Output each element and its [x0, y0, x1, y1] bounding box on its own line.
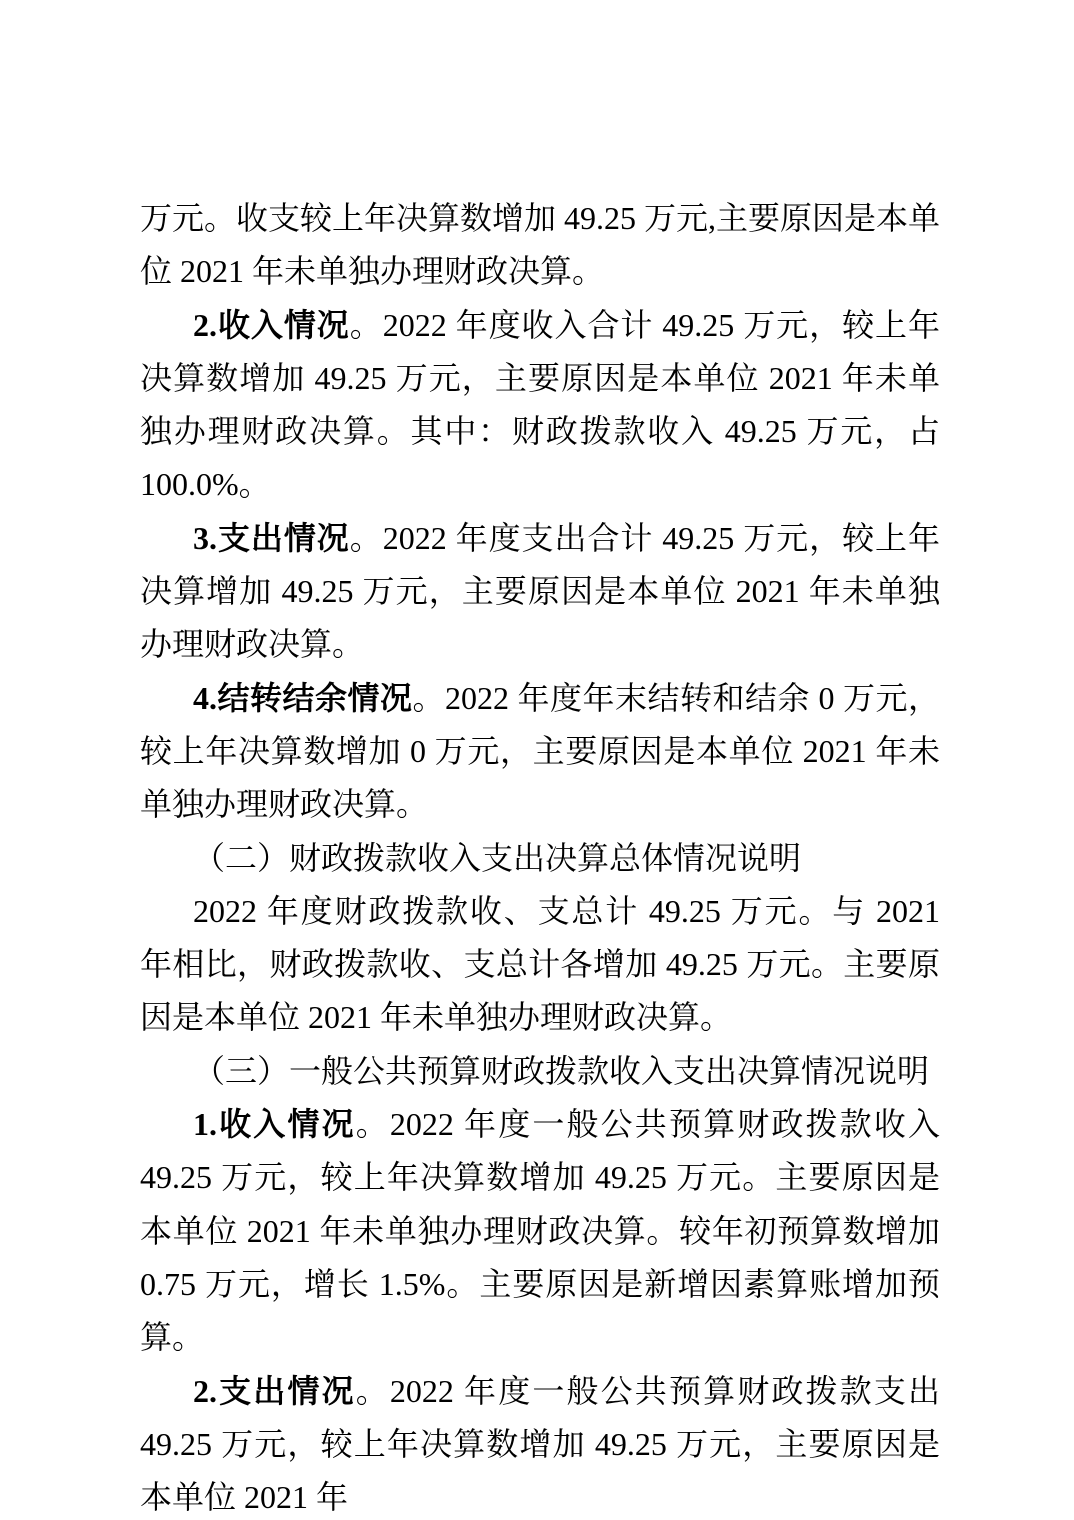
document-body: 万元。收支较上年决算数增加 49.25 万元,主要原因是本单位 2021 年未单… [140, 192, 940, 1520]
section-heading: （三）一般公共预算财政拨款收入支出决算情况说明 [140, 1045, 940, 1098]
paragraph: 万元。收支较上年决算数增加 49.25 万元,主要原因是本单位 2021 年未单… [140, 192, 940, 299]
paragraph: 4.结转结余情况。2022 年度年末结转和结余 0 万元，较上年决算数增加 0 … [140, 672, 940, 832]
paragraph: 2022 年度财政拨款收、支总计 49.25 万元。与 2021 年相比，财政拨… [140, 885, 940, 1045]
paragraph-text: 万元。收支较上年决算数增加 49.25 万元,主要原因是本单位 2021 年未单… [140, 200, 940, 289]
paragraph-lead: 2.收入情况 [193, 307, 350, 343]
paragraph-lead: 2.支出情况 [193, 1373, 356, 1409]
paragraph-text: 2022 年度财政拨款收、支总计 49.25 万元。与 2021 年相比，财政拨… [140, 893, 940, 1036]
paragraph-text: 。2022 年度一般公共预算财政拨款收入 49.25 万元，较上年决算数增加 4… [140, 1106, 940, 1355]
paragraph-lead: 3.支出情况 [193, 520, 350, 556]
section-heading-text: （二）财政拨款收入支出决算总体情况说明 [193, 840, 801, 876]
paragraph-lead: 1.收入情况 [193, 1106, 356, 1142]
paragraph: 3.支出情况。2022 年度支出合计 49.25 万元，较上年决算增加 49.2… [140, 512, 940, 672]
paragraph: 2.收入情况。2022 年度收入合计 49.25 万元，较上年决算数增加 49.… [140, 299, 940, 512]
paragraph: 1.收入情况。2022 年度一般公共预算财政拨款收入 49.25 万元，较上年决… [140, 1098, 940, 1364]
section-heading: （二）财政拨款收入支出决算总体情况说明 [140, 832, 940, 885]
section-heading-text: （三）一般公共预算财政拨款收入支出决算情况说明 [193, 1053, 929, 1089]
document-page: 万元。收支较上年决算数增加 49.25 万元,主要原因是本单位 2021 年未单… [0, 0, 1074, 1520]
paragraph-lead: 4.结转结余情况 [193, 680, 413, 716]
paragraph: 2.支出情况。2022 年度一般公共预算财政拨款支出 49.25 万元，较上年决… [140, 1365, 940, 1520]
